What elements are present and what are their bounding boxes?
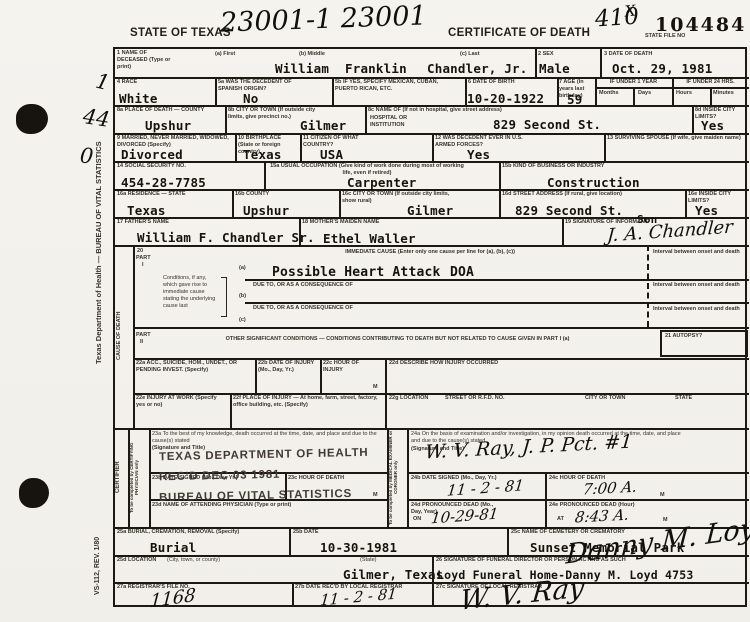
line: [604, 133, 606, 161]
line: [685, 189, 687, 217]
inside-city-limits-value: Yes: [701, 118, 724, 133]
pronounced-on-label: ON: [413, 516, 421, 523]
line: [133, 327, 749, 329]
state-label: STATE: [675, 395, 692, 402]
mother-name-value: Ethel Waller: [323, 231, 416, 246]
spanish-origin-value: No: [243, 91, 258, 106]
field-father-name-label: 17 FATHER'S NAME: [117, 219, 169, 226]
line: [115, 428, 749, 430]
field-23c-label: 23c HOUR OF DEATH: [288, 475, 344, 482]
field-ssn-label: 14 SOCIAL SECURITY NO.: [117, 163, 186, 170]
field-mother-name-label: 18 MOTHER'S MAIDEN NAME: [302, 219, 379, 226]
field-23b-label: 23b DATE SIGNED (Mo., Day, Yr.): [152, 475, 238, 482]
field-25a-label: 25a BURIAL, CREMATION, REMOVAL (Specify): [117, 529, 247, 536]
cause-line-a-label: (a): [239, 265, 246, 272]
date-of-birth-value: 10-20-1922: [467, 91, 544, 106]
city-or-town-label: CITY OR TOWN: [585, 395, 625, 402]
father-name-value: William F. Chandler Sr.: [137, 230, 315, 245]
hour-of-death-value: 7:00 A.: [582, 478, 638, 499]
line: [385, 358, 387, 393]
cause-number: 20: [137, 248, 143, 255]
death-certificate-scan: 1 44 0 Texas Department of Health — BURE…: [0, 0, 750, 622]
hour-m-label: M: [660, 492, 665, 499]
other-significant-conditions-label: OTHER SIGNIFICANT CONDITIONS — CONDITION…: [145, 336, 650, 343]
residence-state-value: Texas: [127, 203, 166, 218]
disposition-date-value: 10-30-1981: [320, 540, 397, 555]
certificate-title: CERTIFICATE OF DEATH: [448, 27, 590, 39]
medical-examiner-note: To be completed by MEDICAL EXAMINER or C…: [388, 430, 407, 525]
field-place-of-death-county-label: 8a PLACE OF DEATH — COUNTY: [117, 107, 217, 114]
field-22c-label: 22c HOUR OF INJURY: [323, 360, 373, 374]
field-22g-label: 22g LOCATION: [389, 395, 428, 402]
field-name-label: 1 NAME OF DECEASED (Type or print): [117, 50, 171, 71]
part-one-label: PART: [136, 255, 151, 262]
residence-county-value: Upshur: [243, 203, 289, 218]
cause-line-b-label: (b): [239, 293, 246, 300]
place-of-death-city-value: Gilmer: [300, 118, 346, 133]
field-spanish-origin-label: 5a WAS THE DECEDENT OF SPANISH ORIGIN?: [218, 79, 303, 93]
certifier-vertical-label: CERTIFIER: [115, 430, 128, 525]
field-23d-label: 23d NAME OF ATTENDING PHYSICIAN (Type or…: [152, 502, 291, 509]
place-of-death-county-value: Upshur: [145, 118, 191, 133]
part-two-numeral: II: [140, 339, 143, 346]
citizen-value: USA: [320, 147, 343, 162]
field-hospital-label: 8c NAME OF (If not in hospital, give str…: [368, 107, 583, 114]
line: [292, 582, 294, 607]
pronounced-dead-hour-value: 8:43 A.: [574, 506, 630, 527]
line: [432, 582, 434, 607]
field-23a-label: 23a To the best of my knowledge, death o…: [152, 431, 377, 445]
middle-name-value: Franklin: [345, 61, 407, 76]
field-name-first-label: (a) First: [215, 51, 235, 58]
hole-punch-mark: [16, 104, 48, 134]
line: [499, 161, 501, 189]
line: [320, 358, 322, 393]
pronounced-dead-date-value: 10-29-81: [430, 505, 499, 528]
line: [545, 472, 547, 527]
age-value: 59: [567, 92, 582, 107]
state-of-texas-label: STATE OF TEXAS: [130, 27, 231, 39]
due-to-label: DUE TO, OR AS A CONSEQUENCE OF: [253, 282, 353, 289]
disposition-location-value: Gilmer, Texas: [343, 567, 443, 582]
form-number: VS-112, REV. 1/80: [94, 524, 107, 608]
if-under-1-year-label: IF UNDER 1 YEAR: [596, 79, 671, 86]
field-specify-origin-label: 5b IF YES, SPECIFY MEXICAN, CUBAN, PUERT…: [335, 79, 445, 93]
hour-of-injury-m-label: M: [373, 384, 378, 391]
field-surviving-spouse-label: 13 SURVIVING SPOUSE (If wife, give maide…: [607, 135, 745, 142]
field-residence-state-label: 16a RESIDENCE — STATE: [117, 191, 186, 198]
interval-label: Interval between onset and death: [653, 282, 743, 289]
line: [133, 393, 749, 395]
pronounced-m-label: M: [663, 517, 668, 524]
field-25d-label: 25d LOCATION: [117, 557, 156, 564]
line: [407, 499, 749, 501]
location-state-hint: (State): [360, 557, 377, 564]
line: [499, 189, 501, 217]
field-22a-label: 22a ACC., SUICIDE, HOM., UNDET., OR PEND…: [136, 360, 248, 374]
certifying-physician-note: To be completed by CERTIFYING PHYSICIAN …: [129, 430, 149, 525]
cause-line-c-label: (c): [239, 317, 246, 324]
residence-city-value: Gilmer: [407, 203, 453, 218]
cause-of-death-vertical-label: CAUSE OF DEATH: [116, 247, 132, 425]
field-date-of-birth-label: 6 DATE OF BIRTH: [468, 79, 515, 86]
line: [133, 245, 135, 428]
file-number-stamp: 104484: [655, 14, 746, 36]
field-name-last-label: (c) Last: [460, 51, 480, 58]
line: [255, 358, 257, 393]
margin-department-text: Texas Department of Health — BUREAU OF V…: [94, 58, 107, 448]
line: [332, 77, 334, 105]
disposition-value: Burial: [150, 540, 196, 555]
interval-label: Interval between onset and death: [653, 306, 743, 313]
field-22b-label: 22b DATE OF INJURY (Mo., Day, Yr.): [258, 360, 316, 374]
line: [710, 87, 712, 105]
line: [264, 161, 266, 189]
marital-status-value: Divorced: [121, 147, 183, 162]
informant-relation-value: Son: [637, 213, 657, 226]
race-value: White: [119, 91, 158, 106]
field-street-address-label: 16d STREET ADDRESS (If rural, give locat…: [502, 191, 682, 198]
days-label: Days: [638, 90, 651, 97]
first-name-value: William: [275, 61, 329, 76]
residence-inside-city-value: Yes: [695, 203, 718, 218]
line: [432, 133, 434, 161]
margin-handwriting: 0: [79, 143, 94, 168]
last-name-value: Chandler, Jr.: [427, 61, 527, 76]
line: [507, 527, 509, 555]
occupation-value: Carpenter: [347, 175, 417, 190]
handwritten-file-numbers: 23001-1 23001: [220, 0, 428, 38]
line: [365, 105, 367, 133]
line: [232, 189, 234, 217]
line: [692, 105, 694, 133]
line: [633, 87, 635, 105]
street-address-value: 829 Second St.: [515, 203, 623, 218]
interval-column-dashed-line: [647, 245, 649, 327]
birthplace-value: Texas: [243, 147, 282, 162]
hospital-or-address-value: 829 Second St.: [493, 117, 601, 132]
conditions-note: Conditions, if any, which gave rise to i…: [163, 275, 221, 309]
line: [535, 49, 537, 77]
ssn-value: 454-28-7785: [121, 175, 206, 190]
armed-forces-value: Yes: [467, 147, 490, 162]
field-hospital-label-2: HOSPITAL OR INSTITUTION: [370, 115, 432, 129]
line: [562, 217, 564, 245]
location-city-hint: (City, town, or county): [167, 557, 220, 564]
due-to-label: DUE TO, OR AS A CONSEQUENCE OF: [253, 305, 353, 312]
line: [289, 527, 291, 555]
line: [407, 472, 749, 474]
line: [230, 393, 232, 428]
autopsy-label: 21 AUTOPSY?: [665, 333, 702, 340]
line: [385, 393, 387, 428]
line: [215, 77, 217, 105]
if-under-24-hrs-label: IF UNDER 24 HRS.: [673, 79, 748, 86]
interval-label: Interval between onset and death: [653, 249, 743, 256]
immediate-cause-label: IMMEDIATE CAUSE (Enter only one cause pe…: [265, 249, 595, 256]
hours-label: Hours: [676, 90, 692, 97]
line: [339, 189, 341, 217]
field-22f-label: 22f PLACE OF INJURY — At home, farm, str…: [233, 395, 378, 409]
line: [115, 245, 749, 247]
line: [235, 133, 237, 161]
field-industry-label: 15b KIND OF BUSINESS OR INDUSTRY: [502, 163, 604, 170]
line: [407, 428, 409, 527]
line: [300, 133, 302, 161]
part-one-numeral: I: [142, 262, 144, 269]
field-22d-label: 22d DESCRIBE HOW INJURY OCCURRED: [389, 360, 639, 367]
cause-line-b-rule: [245, 302, 749, 304]
conditions-bracket: [221, 277, 227, 317]
industry-value: Construction: [547, 175, 640, 190]
pronounced-at-label: AT: [557, 516, 564, 523]
minutes-label: Minutes: [713, 90, 734, 97]
months-label: Months: [599, 90, 619, 97]
field-25b-label: 25b DATE: [293, 529, 319, 536]
line: [149, 428, 151, 527]
field-sex-label: 2 SEX: [538, 51, 554, 58]
field-22e-label: 22e INJURY AT WORK (Specify yes or no): [136, 395, 221, 409]
hour-of-death-m-label: M: [373, 492, 378, 499]
sex-value: Male: [539, 61, 570, 76]
immediate-cause-value: Possible Heart Attack: [272, 265, 441, 280]
field-date-of-death-label: 3 DATE OF DEATH: [604, 51, 652, 58]
date-of-death-value: Oct. 29, 1981: [612, 61, 712, 76]
field-name-middle-label: (b) Middle: [299, 51, 325, 58]
field-race-label: 4 RACE: [117, 79, 137, 86]
street-or-rfd-label: STREET OR R.F.D. NO.: [445, 395, 505, 402]
line: [600, 49, 602, 77]
handwritten-code-x: X: [624, 1, 637, 20]
field-residence-county-label: 16b COUNTY: [235, 191, 269, 198]
doa-value: DOA: [450, 265, 474, 280]
certificate-form: 1 NAME OF DECEASED (Type or print) (a) F…: [113, 47, 747, 607]
line: [225, 105, 227, 133]
hole-punch-mark: [19, 478, 49, 508]
